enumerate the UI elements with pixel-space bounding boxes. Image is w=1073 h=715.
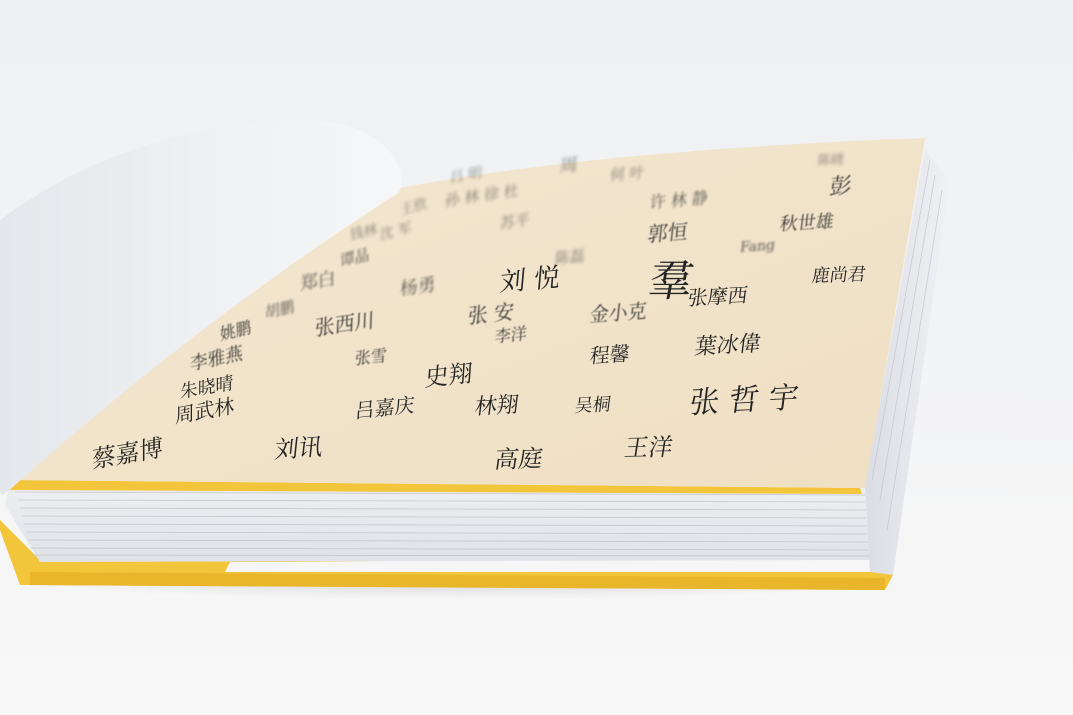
handwritten-signature: 葉冰偉	[693, 326, 763, 361]
handwritten-signature: 杨勇	[400, 270, 437, 301]
handwritten-signature: 程馨	[588, 337, 631, 369]
handwritten-signature: 刘讯	[273, 426, 325, 465]
handwritten-signature: 郭恒	[646, 215, 689, 247]
handwritten-signature: 陈晓	[817, 149, 845, 170]
handwritten-signature: 张雪	[354, 343, 387, 370]
handwritten-signature: 刘 悦	[498, 257, 561, 300]
photo-scene: 张 安金小克李洋刘 悦羣张摩西鹿尚君秋世雄郭恒朱晓晴周武林吕嘉庆史翔程馨葉冰偉林…	[0, 0, 1073, 715]
handwritten-signature: 王洋	[622, 427, 676, 463]
handwritten-signature: 秋世雄	[778, 207, 835, 236]
handwritten-signature: 彭	[828, 169, 854, 201]
handwritten-signature: 何 叶	[609, 161, 645, 186]
handwritten-signature: 史翔	[424, 353, 474, 393]
handwritten-signature: 张 哲 宇	[687, 372, 801, 422]
book-illustration	[0, 0, 1073, 715]
handwritten-signature: 金小克	[589, 296, 649, 327]
handwritten-signature: 张摩西	[686, 279, 750, 311]
handwritten-signature: 陈磊	[554, 245, 585, 269]
handwritten-signature: 吴桐	[573, 390, 612, 418]
handwritten-signature: 周	[559, 150, 579, 178]
handwritten-signature: 李洋	[494, 321, 527, 348]
handwritten-signature: 苏平	[500, 209, 530, 234]
handwritten-signature: 高庭	[493, 438, 546, 475]
handwritten-signature: 林翔	[473, 388, 521, 422]
handwritten-signature: 鹿尚君	[810, 260, 868, 288]
handwritten-signature: Fang	[739, 237, 776, 256]
